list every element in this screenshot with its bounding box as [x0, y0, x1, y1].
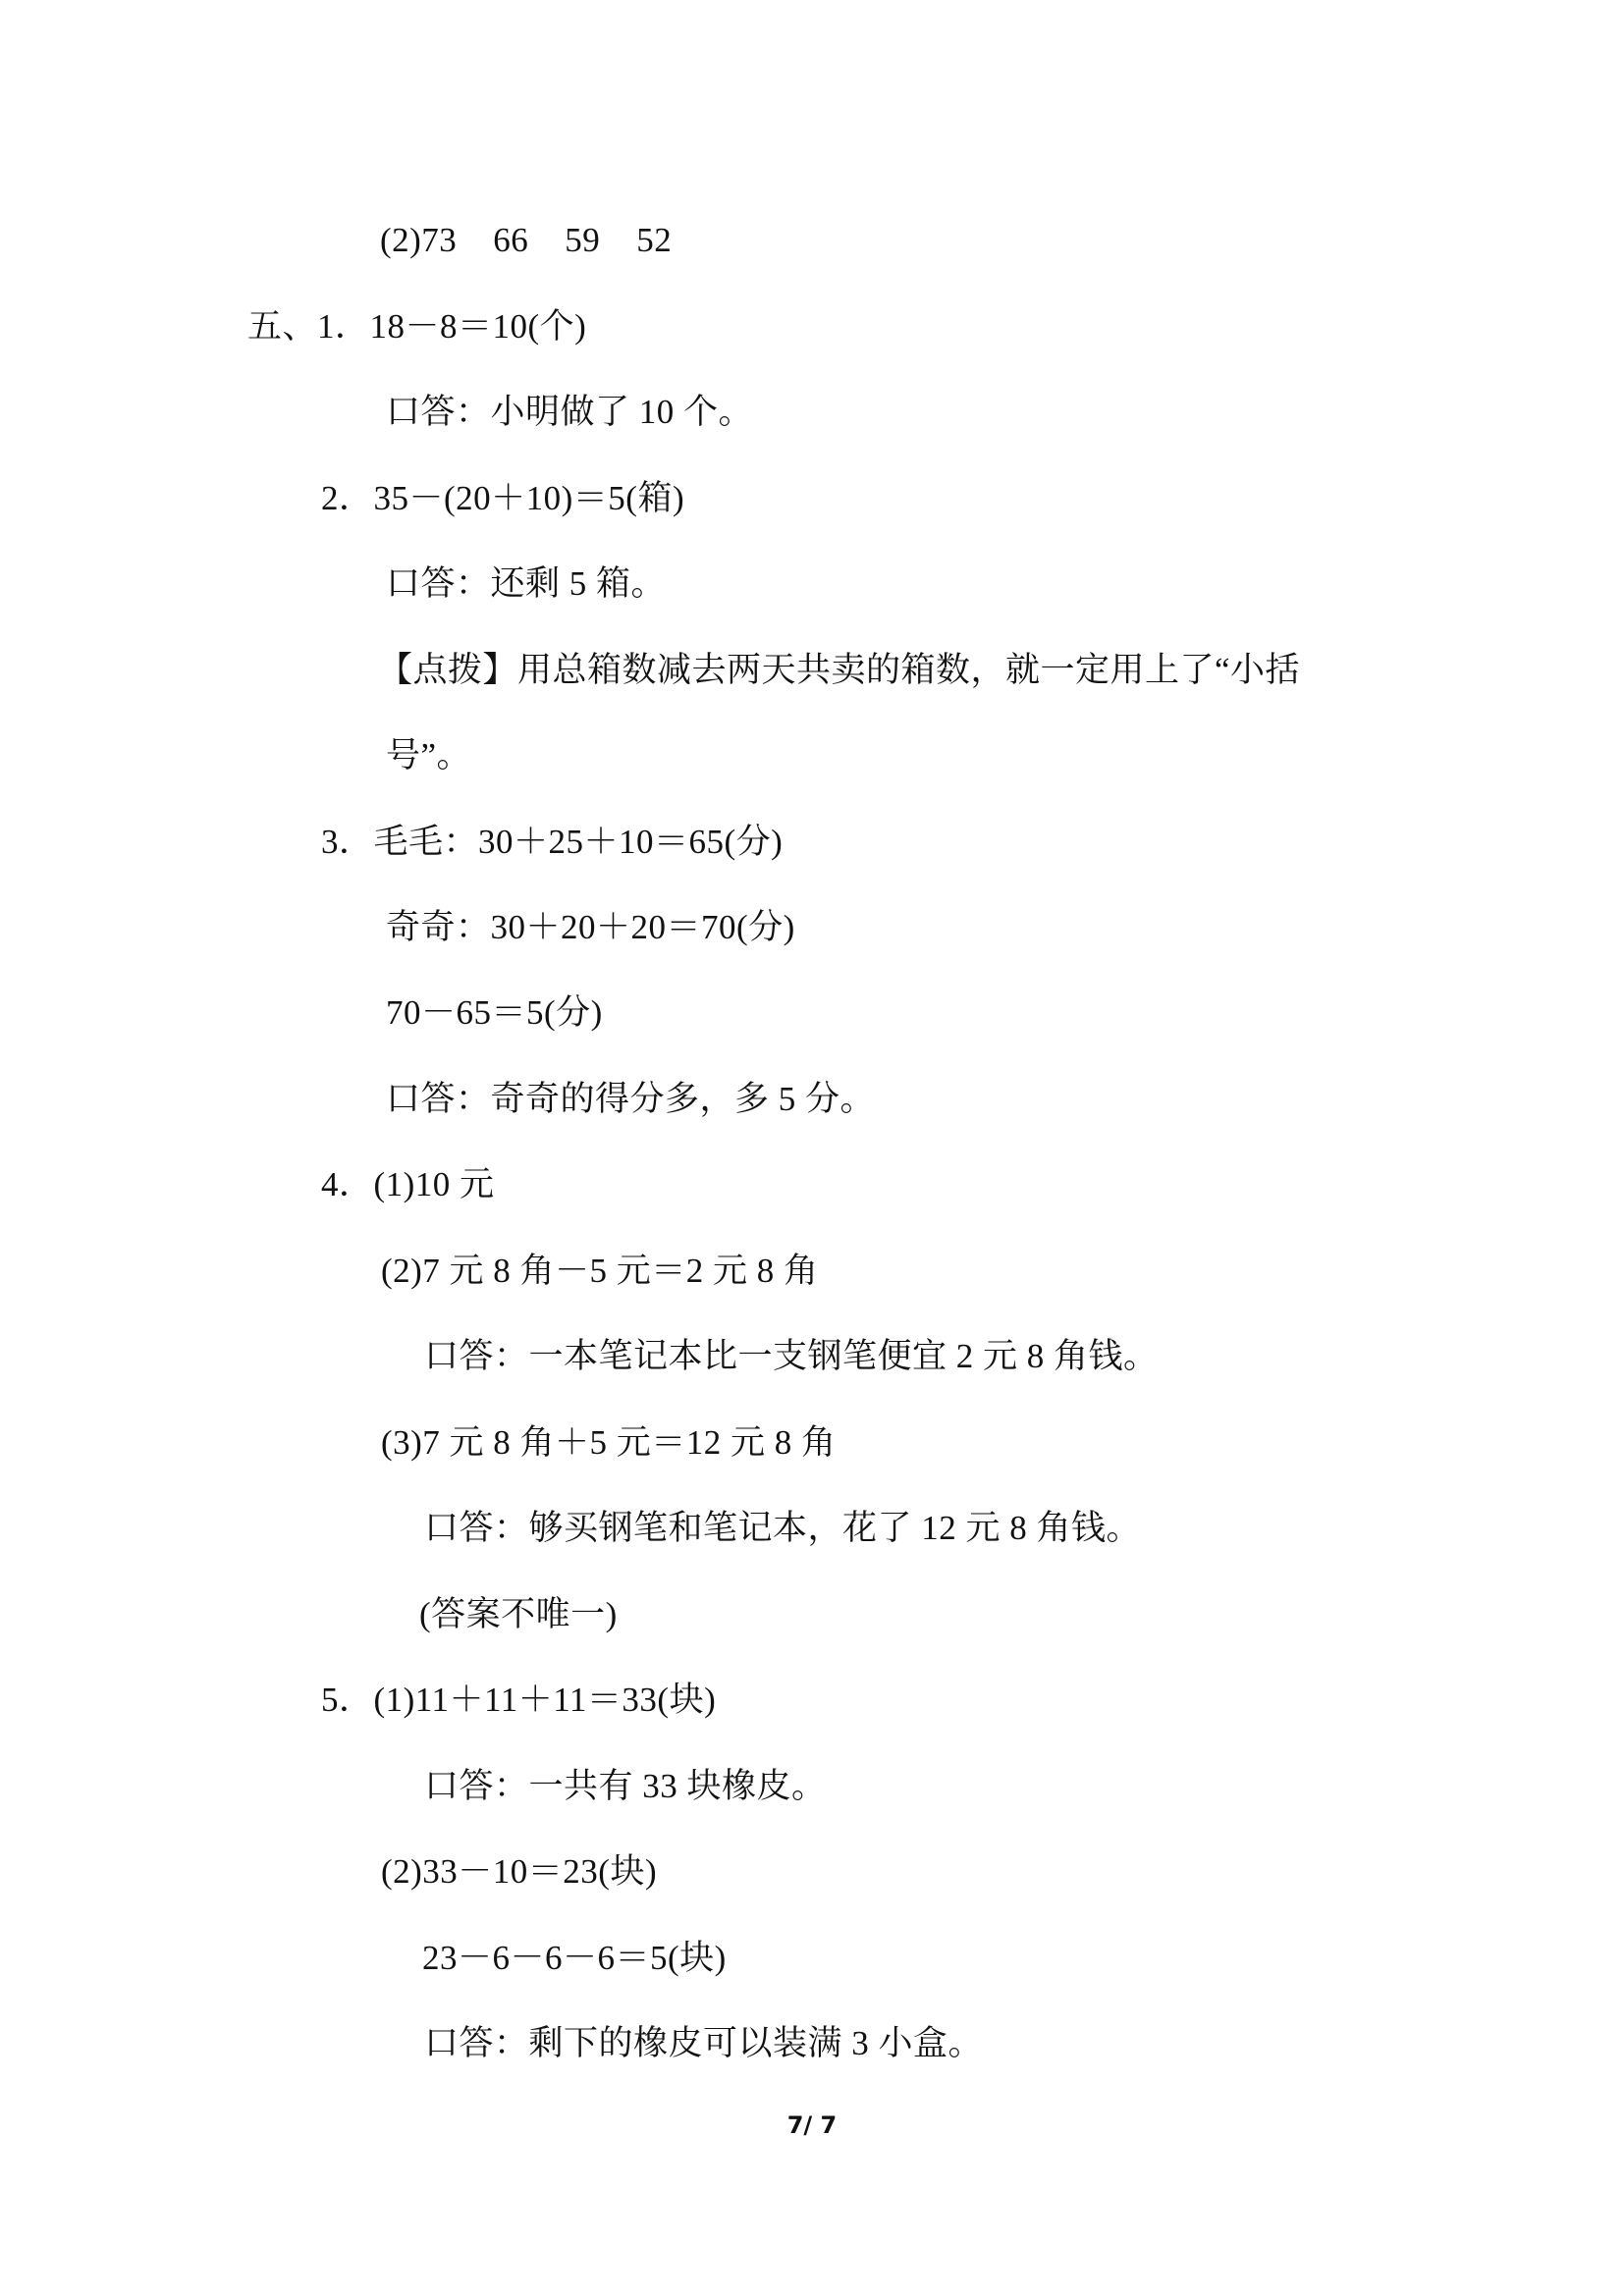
q1-answer: 口答：小明做了 10 个。 [386, 391, 753, 434]
q2-equation: 2．35－(20＋10)＝5(箱) [321, 477, 684, 520]
q2-hint: 【点拨】用总箱数减去两天共卖的箱数，就一定用上了“小括 [378, 649, 1300, 692]
document-page: (2)73 66 59 52 五、1．18－8＝10(个) 口答：小明做了 10… [0, 0, 1624, 2296]
q3-maomao-equation: 3．毛毛：30＋25＋10＝65(分) [321, 821, 783, 864]
section-five-q1-equation: 五、1．18－8＝10(个) [247, 305, 586, 348]
q2-hint-continued: 号”。 [386, 734, 471, 777]
q5-part1-equation: 5．(1)11＋11＋11＝33(块) [321, 1679, 716, 1722]
q5-part2-equation-2: 23－6－6－6＝5(块) [422, 1937, 727, 1980]
q4-part2-answer: 口答：一本笔记本比一支钢笔便宜 2 元 8 角钱。 [424, 1335, 1159, 1378]
q4-part3-answer: 口答：够买钢笔和笔记本，花了 12 元 8 角钱。 [424, 1507, 1141, 1550]
q5-part2-equation: (2)33－10＝23(块) [381, 1850, 657, 1894]
q3-answer: 口答：奇奇的得分多，多 5 分。 [386, 1078, 875, 1121]
answer-sequence-line: (2)73 66 59 52 [380, 219, 672, 262]
q4-note: (答案不唯一) [419, 1593, 618, 1636]
q4-part2-equation: (2)7 元 8 角－5 元＝2 元 8 角 [381, 1250, 819, 1293]
q4-part3-equation: (3)7 元 8 角＋5 元＝12 元 8 角 [381, 1421, 837, 1465]
q5-part1-answer: 口答：一共有 33 块橡皮。 [424, 1765, 827, 1808]
q4-part1: 4．(1)10 元 [321, 1163, 495, 1206]
page-number: 7/ 7 [0, 2110, 1624, 2140]
q3-qiqi-equation: 奇奇：30＋20＋20＝70(分) [386, 906, 795, 949]
q5-part2-answer: 口答：剩下的橡皮可以装满 3 小盒。 [424, 2022, 983, 2065]
q3-difference-equation: 70－65＝5(分) [386, 991, 603, 1035]
q2-answer: 口答：还剩 5 箱。 [386, 562, 666, 606]
